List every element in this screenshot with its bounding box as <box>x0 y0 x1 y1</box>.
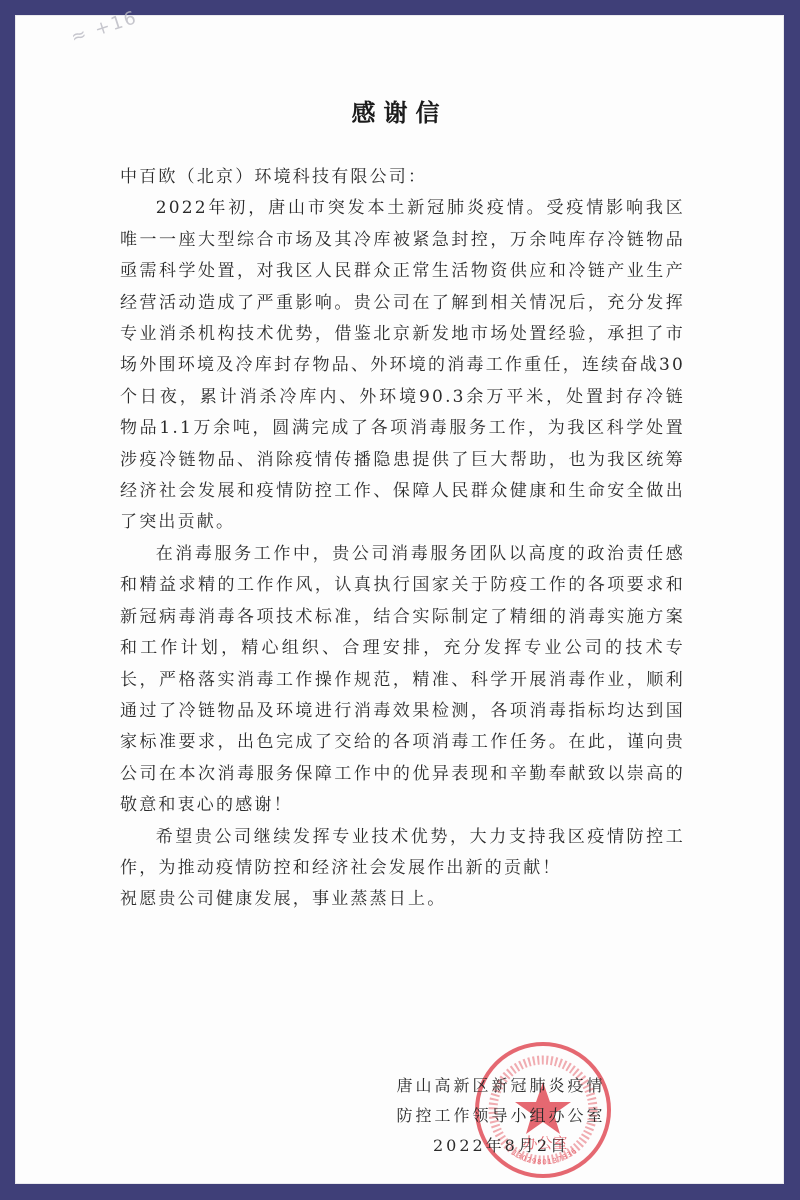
letter-body: 中百欧（北京）环境科技有限公司： 2022年初，唐山市突发本土新冠肺炎疫情。受疫… <box>120 162 685 916</box>
salutation: 中百欧（北京）环境科技有限公司： <box>120 162 685 193</box>
signature-date: 2022年8月2日 <box>371 1131 631 1161</box>
paragraph-3: 希望贵公司继续发挥专业技术优势，大力支持我区疫情防控工作，为推动疫情防控和经济社… <box>120 822 685 885</box>
handwritten-note: ≈ +16 <box>68 7 140 48</box>
closing-line: 祝愿贵公司健康发展，事业蒸蒸日上。 <box>120 884 685 915</box>
paragraph-1: 2022年初，唐山市突发本土新冠肺炎疫情。受疫情影响我区唯一一座大型综合市场及其… <box>120 193 685 538</box>
signature-block: 唐山高新区新冠肺炎疫情 防控工作领导小组办公室 2022年8月2日 <box>371 1071 631 1161</box>
signature-line-2: 防控工作领导小组办公室 <box>371 1101 631 1131</box>
signature-line-1: 唐山高新区新冠肺炎疫情 <box>371 1071 631 1101</box>
paragraph-2: 在消毒服务工作中，贵公司消毒服务团队以高度的政治责任感和精益求精的工作作风，认真… <box>120 539 685 822</box>
letter-page: ≈ +16 感谢信 中百欧（北京）环境科技有限公司： 2022年初，唐山市突发本… <box>15 15 784 1184</box>
letter-title: 感谢信 <box>15 93 784 128</box>
